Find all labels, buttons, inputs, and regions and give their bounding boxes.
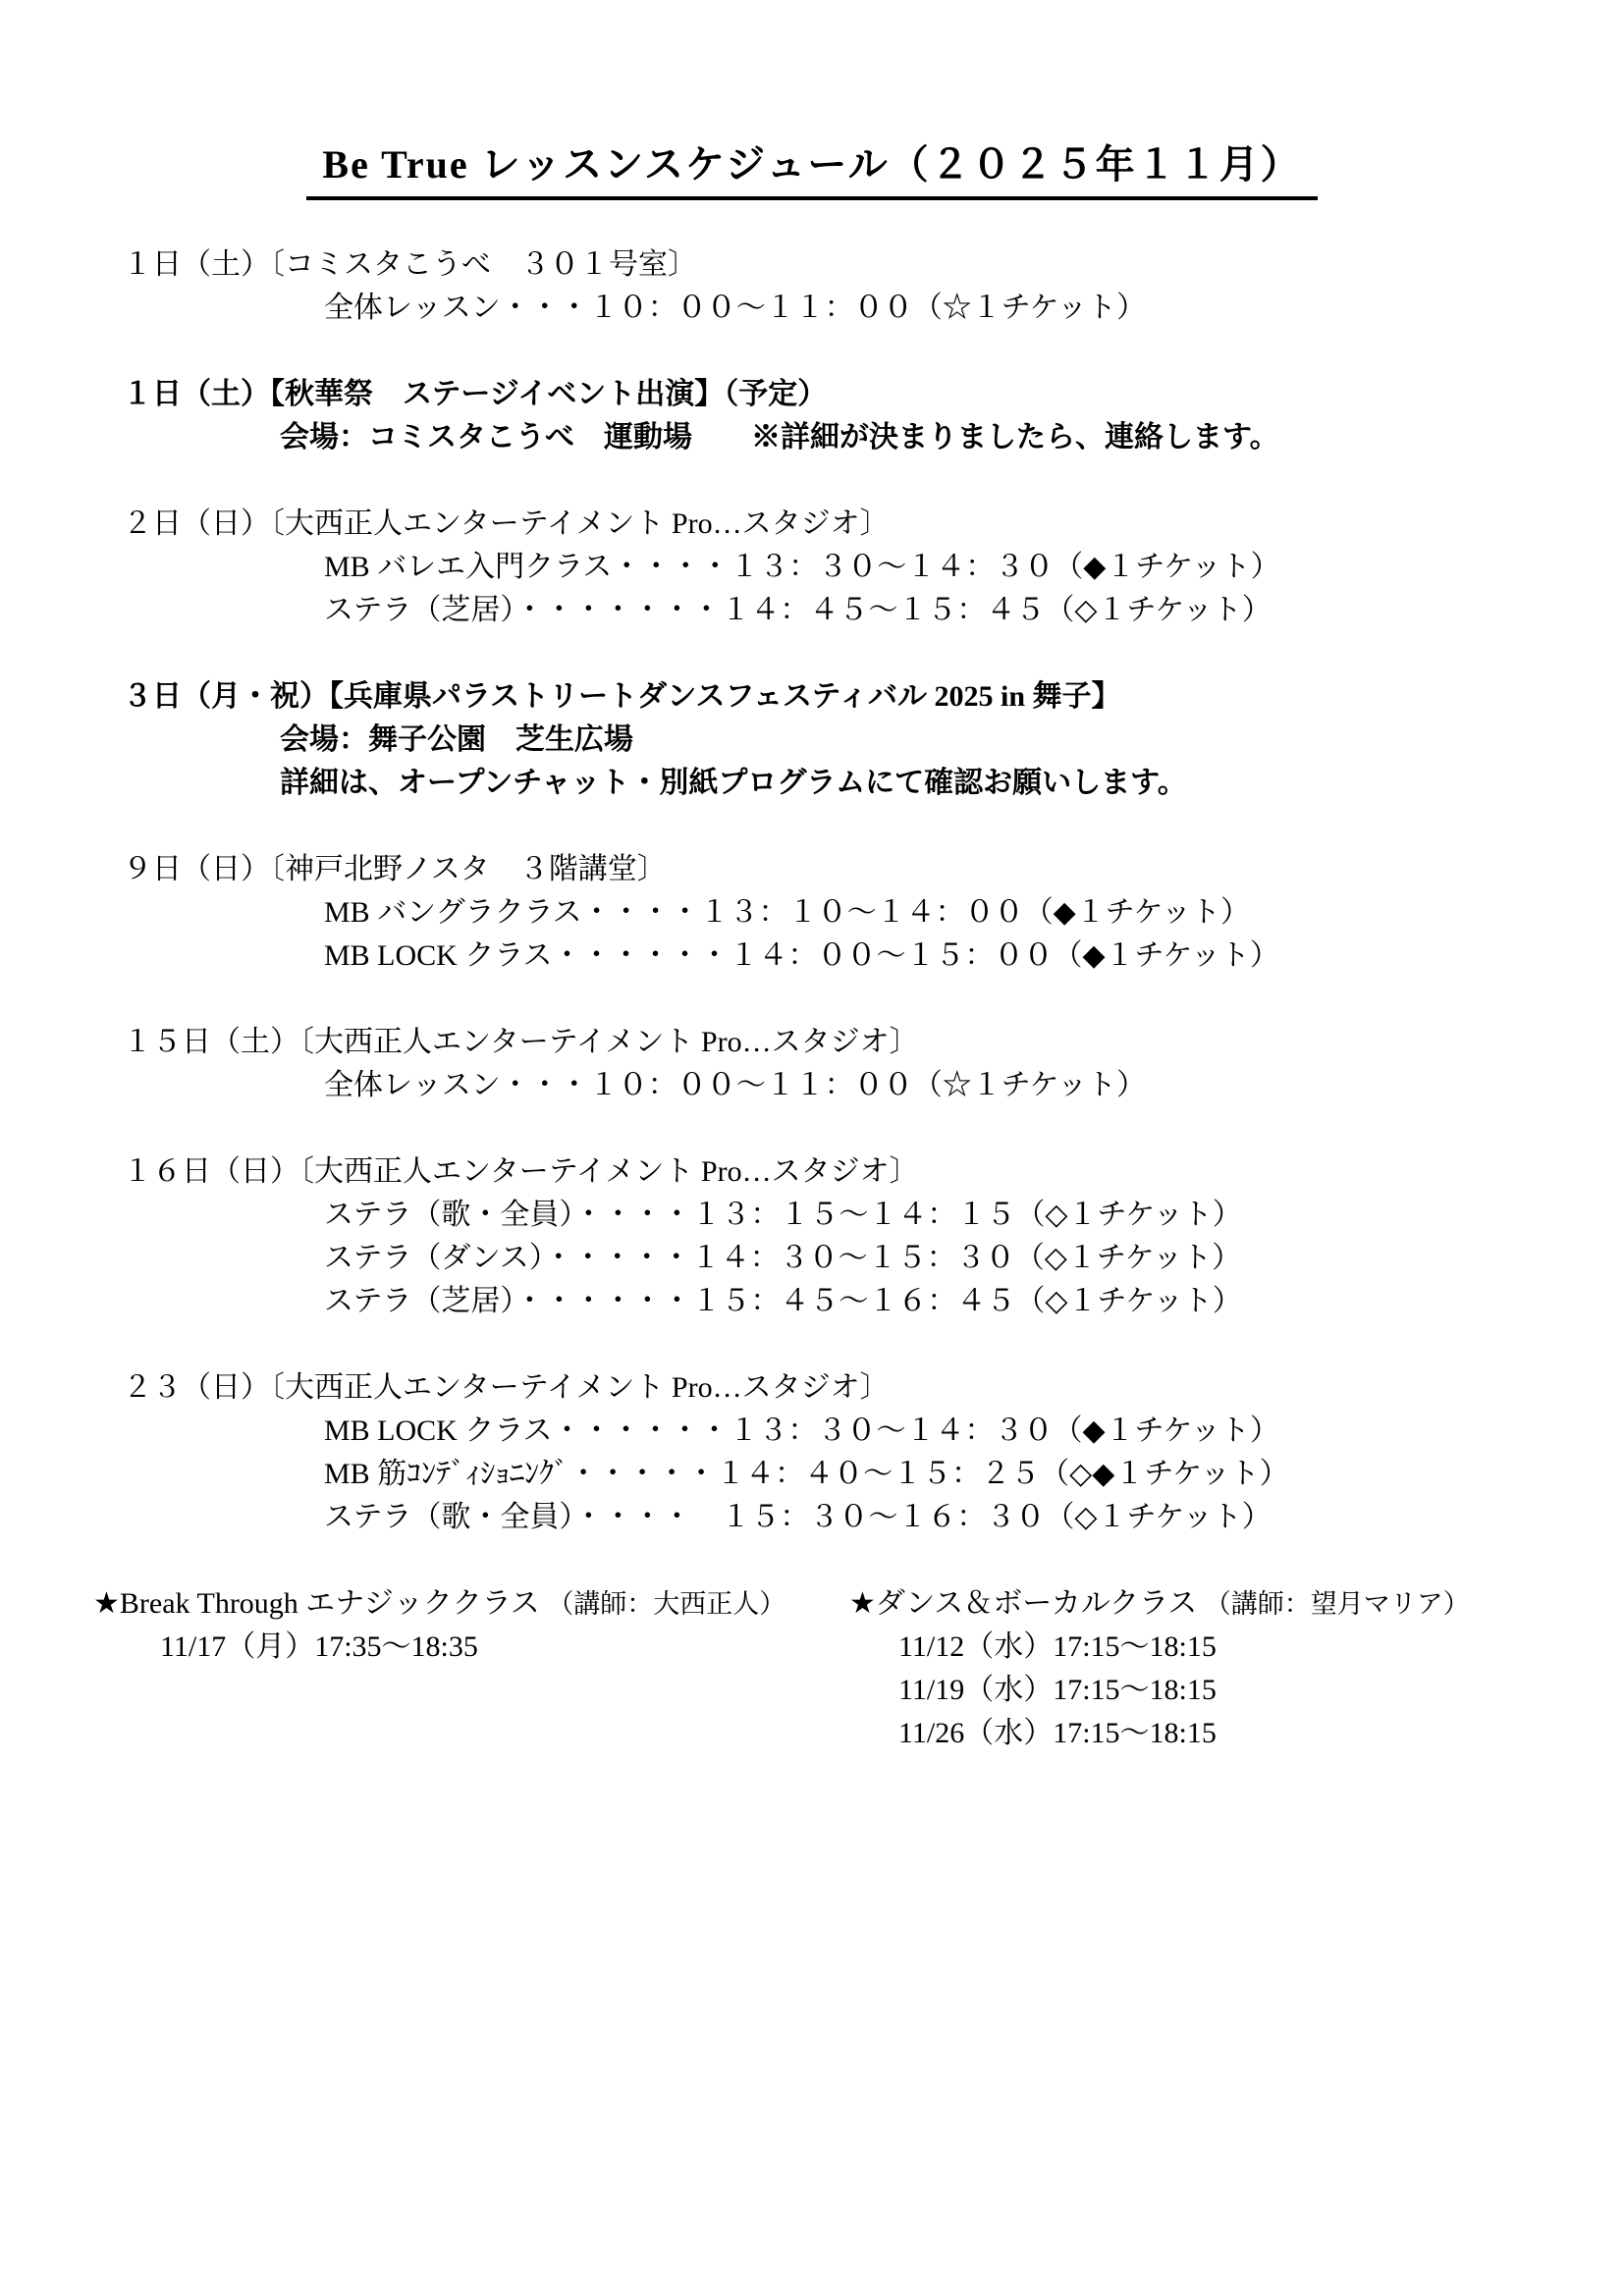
class-title: ダンス＆ボーカルクラス bbox=[876, 1587, 1197, 1620]
class-date: 11/17（月）17:35～18:35 bbox=[93, 1626, 849, 1669]
schedule-section-nov1-comista: １日（土）〔コミスタこうべ ３０１号室〕 全体レッスン・・・１０：００～１１：０… bbox=[123, 243, 1596, 330]
schedule-document-page: Be True レッスンスケジュール（２０２５年１１月） １日（土）〔コミスタこ… bbox=[0, 0, 1624, 2296]
page-title: Be True レッスンスケジュール（２０２５年１１月） bbox=[306, 133, 1317, 200]
star-icon: ★ bbox=[849, 1582, 876, 1626]
lesson-line: 全体レッスン・・・１０：００～１１：００（☆１チケット） bbox=[123, 287, 1596, 330]
class-date: 11/26（水）17:15～18:15 bbox=[849, 1712, 1470, 1755]
section-header: １６日（日）〔大西正人エンターテイメント Pro…スタジオ〕 bbox=[123, 1150, 1596, 1194]
dance-vocal-class-column: ★ダンス＆ボーカルクラス （講師：望月マリア） 11/12（水）17:15～18… bbox=[849, 1582, 1470, 1755]
lesson-line: 全体レッスン・・・１０：００～１１：００（☆１チケット） bbox=[123, 1064, 1596, 1107]
lesson-line: MB バングラクラス・・・・１３：１０～１４：００（◆１チケット） bbox=[123, 891, 1596, 934]
class-header: ★ダンス＆ボーカルクラス （講師：望月マリア） bbox=[849, 1582, 1470, 1626]
schedule-section-nov3-festival: ３日（月・祝）【兵庫県パラストリートダンスフェスティバル 2025 in 舞子】… bbox=[123, 675, 1596, 805]
instructor-label: （講師：望月マリア） bbox=[1205, 1589, 1470, 1619]
section-header: ２日（日）〔大西正人エンターテイメント Pro…スタジオ〕 bbox=[123, 503, 1596, 546]
section-header: ９日（日）〔神戸北野ノスタ ３階講堂〕 bbox=[123, 848, 1596, 891]
lesson-line: ステラ（歌・全員）・・・・ １５：３０～１６：３０（◇１チケット） bbox=[123, 1496, 1596, 1539]
title-row: Be True レッスンスケジュール（２０２５年１１月） bbox=[0, 133, 1624, 200]
venue-line: 会場：コミスタこうべ 運動場 ※詳細が決まりましたら、連絡します。 bbox=[123, 416, 1596, 459]
section-header: ２３（日）〔大西正人エンターテイメント Pro…スタジオ〕 bbox=[123, 1366, 1596, 1410]
class-title: Break Through エナジッククラス bbox=[120, 1587, 540, 1620]
schedule-section-nov9-kitano: ９日（日）〔神戸北野ノスタ ３階講堂〕 MB バングラクラス・・・・１３：１０～… bbox=[123, 848, 1596, 978]
venue-line: 会場：舞子公園 芝生広場 bbox=[123, 719, 1596, 762]
lesson-line: MB 筋ｺﾝﾃﾞｨｼｮﾆﾝｸﾞ・・・・・１４：４０～１５：２５（◇◆１チケット） bbox=[123, 1453, 1596, 1496]
section-header: ３日（月・祝）【兵庫県パラストリートダンスフェスティバル 2025 in 舞子】 bbox=[123, 675, 1596, 719]
lesson-line: MB LOCK クラス・・・・・・１３：３０～１４：３０（◆１チケット） bbox=[123, 1410, 1596, 1453]
detail-line: 詳細は、オープンチャット・別紙プログラムにて確認お願いします。 bbox=[123, 762, 1596, 805]
section-header: １５日（土）〔大西正人エンターテイメント Pro…スタジオ〕 bbox=[123, 1021, 1596, 1064]
schedule-content: １日（土）〔コミスタこうべ ３０１号室〕 全体レッスン・・・１０：００～１１：０… bbox=[123, 243, 1596, 1755]
lesson-line: ステラ（芝居）・・・・・・１５：４５～１６：４５（◇１チケット） bbox=[123, 1280, 1596, 1323]
schedule-section-nov16-studio: １６日（日）〔大西正人エンターテイメント Pro…スタジオ〕 ステラ（歌・全員）… bbox=[123, 1150, 1596, 1323]
instructor-label: （講師：大西正人） bbox=[547, 1589, 785, 1619]
schedule-section-nov2-studio: ２日（日）〔大西正人エンターテイメント Pro…スタジオ〕 MB バレエ入門クラ… bbox=[123, 503, 1596, 632]
section-header: １日（土）【秋華祭 ステージイベント出演】（予定） bbox=[123, 373, 1596, 416]
lesson-line: ステラ（芝居）・・・・・・・１４：４５～１５：４５（◇１チケット） bbox=[123, 589, 1596, 632]
schedule-section-nov1-stage-event: １日（土）【秋華祭 ステージイベント出演】（予定） 会場：コミスタこうべ 運動場… bbox=[123, 373, 1596, 459]
lesson-line: MB LOCK クラス・・・・・・１４：００～１５：００（◆１チケット） bbox=[123, 934, 1596, 978]
lesson-line: ステラ（ダンス）・・・・・１４：３０～１５：３０（◇１チケット） bbox=[123, 1237, 1596, 1280]
section-header: １日（土）〔コミスタこうべ ３０１号室〕 bbox=[123, 243, 1596, 287]
class-header: ★Break Through エナジッククラス （講師：大西正人） bbox=[93, 1582, 849, 1626]
class-date: 11/19（水）17:15～18:15 bbox=[849, 1669, 1470, 1712]
break-through-class-column: ★Break Through エナジッククラス （講師：大西正人） 11/17（… bbox=[93, 1582, 849, 1755]
lesson-line: MB バレエ入門クラス・・・・１３：３０～１４：３０（◆１チケット） bbox=[123, 546, 1596, 589]
extra-classes-footer: ★Break Through エナジッククラス （講師：大西正人） 11/17（… bbox=[93, 1582, 1596, 1755]
schedule-section-nov15-studio: １５日（土）〔大西正人エンターテイメント Pro…スタジオ〕 全体レッスン・・・… bbox=[123, 1021, 1596, 1107]
class-date: 11/12（水）17:15～18:15 bbox=[849, 1626, 1470, 1669]
lesson-line: ステラ（歌・全員）・・・・１３：１５～１４：１５（◇１チケット） bbox=[123, 1194, 1596, 1237]
star-icon: ★ bbox=[93, 1582, 120, 1626]
schedule-section-nov23-studio: ２３（日）〔大西正人エンターテイメント Pro…スタジオ〕 MB LOCK クラ… bbox=[123, 1366, 1596, 1539]
